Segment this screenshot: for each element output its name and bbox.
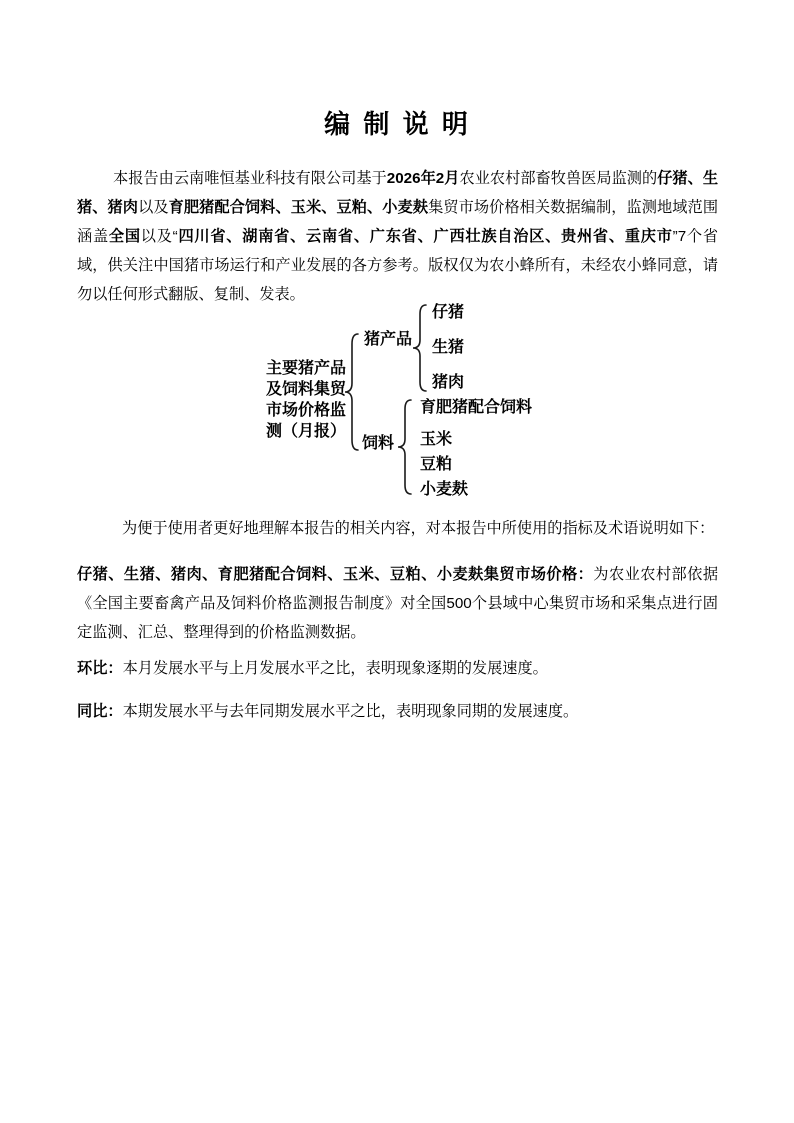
monitoring-scope-diagram: 主要猪产品及饲料集贸市场价格监测（月报） 猪产品 仔猪 生猪 猪肉 饲料 育肥猪… — [77, 304, 718, 504]
diagram-item-fattening-pig-feed: 育肥猪配合饲料 — [420, 399, 532, 417]
diagram-item-wheat-bran: 小麦麸 — [420, 481, 468, 499]
curly-brace-icon — [411, 304, 428, 392]
diagram-group-pork-products-label: 猪产品 — [364, 331, 412, 349]
terms-intro-paragraph: 为便于使用者更好地理解本报告的相关内容，对本报告中所使用的指标及术语说明如下： — [77, 514, 718, 543]
diagram-item-live-hog: 生猪 — [432, 339, 464, 357]
diagram-item-pork: 猪肉 — [432, 374, 464, 392]
intro-paragraph: 本报告由云南唯恒基业科技有限公司基于2026年2月农业农村部畜牧兽医局监测的仔猪… — [77, 164, 718, 309]
curly-brace-icon — [343, 333, 360, 451]
diagram-item-soybean-meal: 豆粕 — [420, 456, 452, 474]
term-yoy-paragraph: 同比：本期发展水平与去年同期发展水平之比，表明现象同期的发展速度。 — [77, 697, 718, 726]
document-page: 编 制 说 明 本报告由云南唯恒基业科技有限公司基于2026年2月农业农村部畜牧… — [0, 0, 794, 1123]
page-title: 编 制 说 明 — [77, 106, 718, 142]
diagram-root-label: 主要猪产品及饲料集贸市场价格监测（月报） — [266, 358, 352, 442]
term-mom-paragraph: 环比：本月发展水平与上月发展水平之比，表明现象逐期的发展速度。 — [77, 654, 718, 683]
term-market-price-paragraph: 仔猪、生猪、猪肉、育肥猪配合饲料、玉米、豆粕、小麦麸集贸市场价格：为农业农村部依… — [77, 560, 718, 647]
diagram-item-piglet: 仔猪 — [432, 304, 464, 322]
diagram-group-feed-label: 饲料 — [362, 435, 394, 453]
diagram-item-corn: 玉米 — [420, 431, 452, 449]
curly-brace-icon — [396, 399, 413, 495]
